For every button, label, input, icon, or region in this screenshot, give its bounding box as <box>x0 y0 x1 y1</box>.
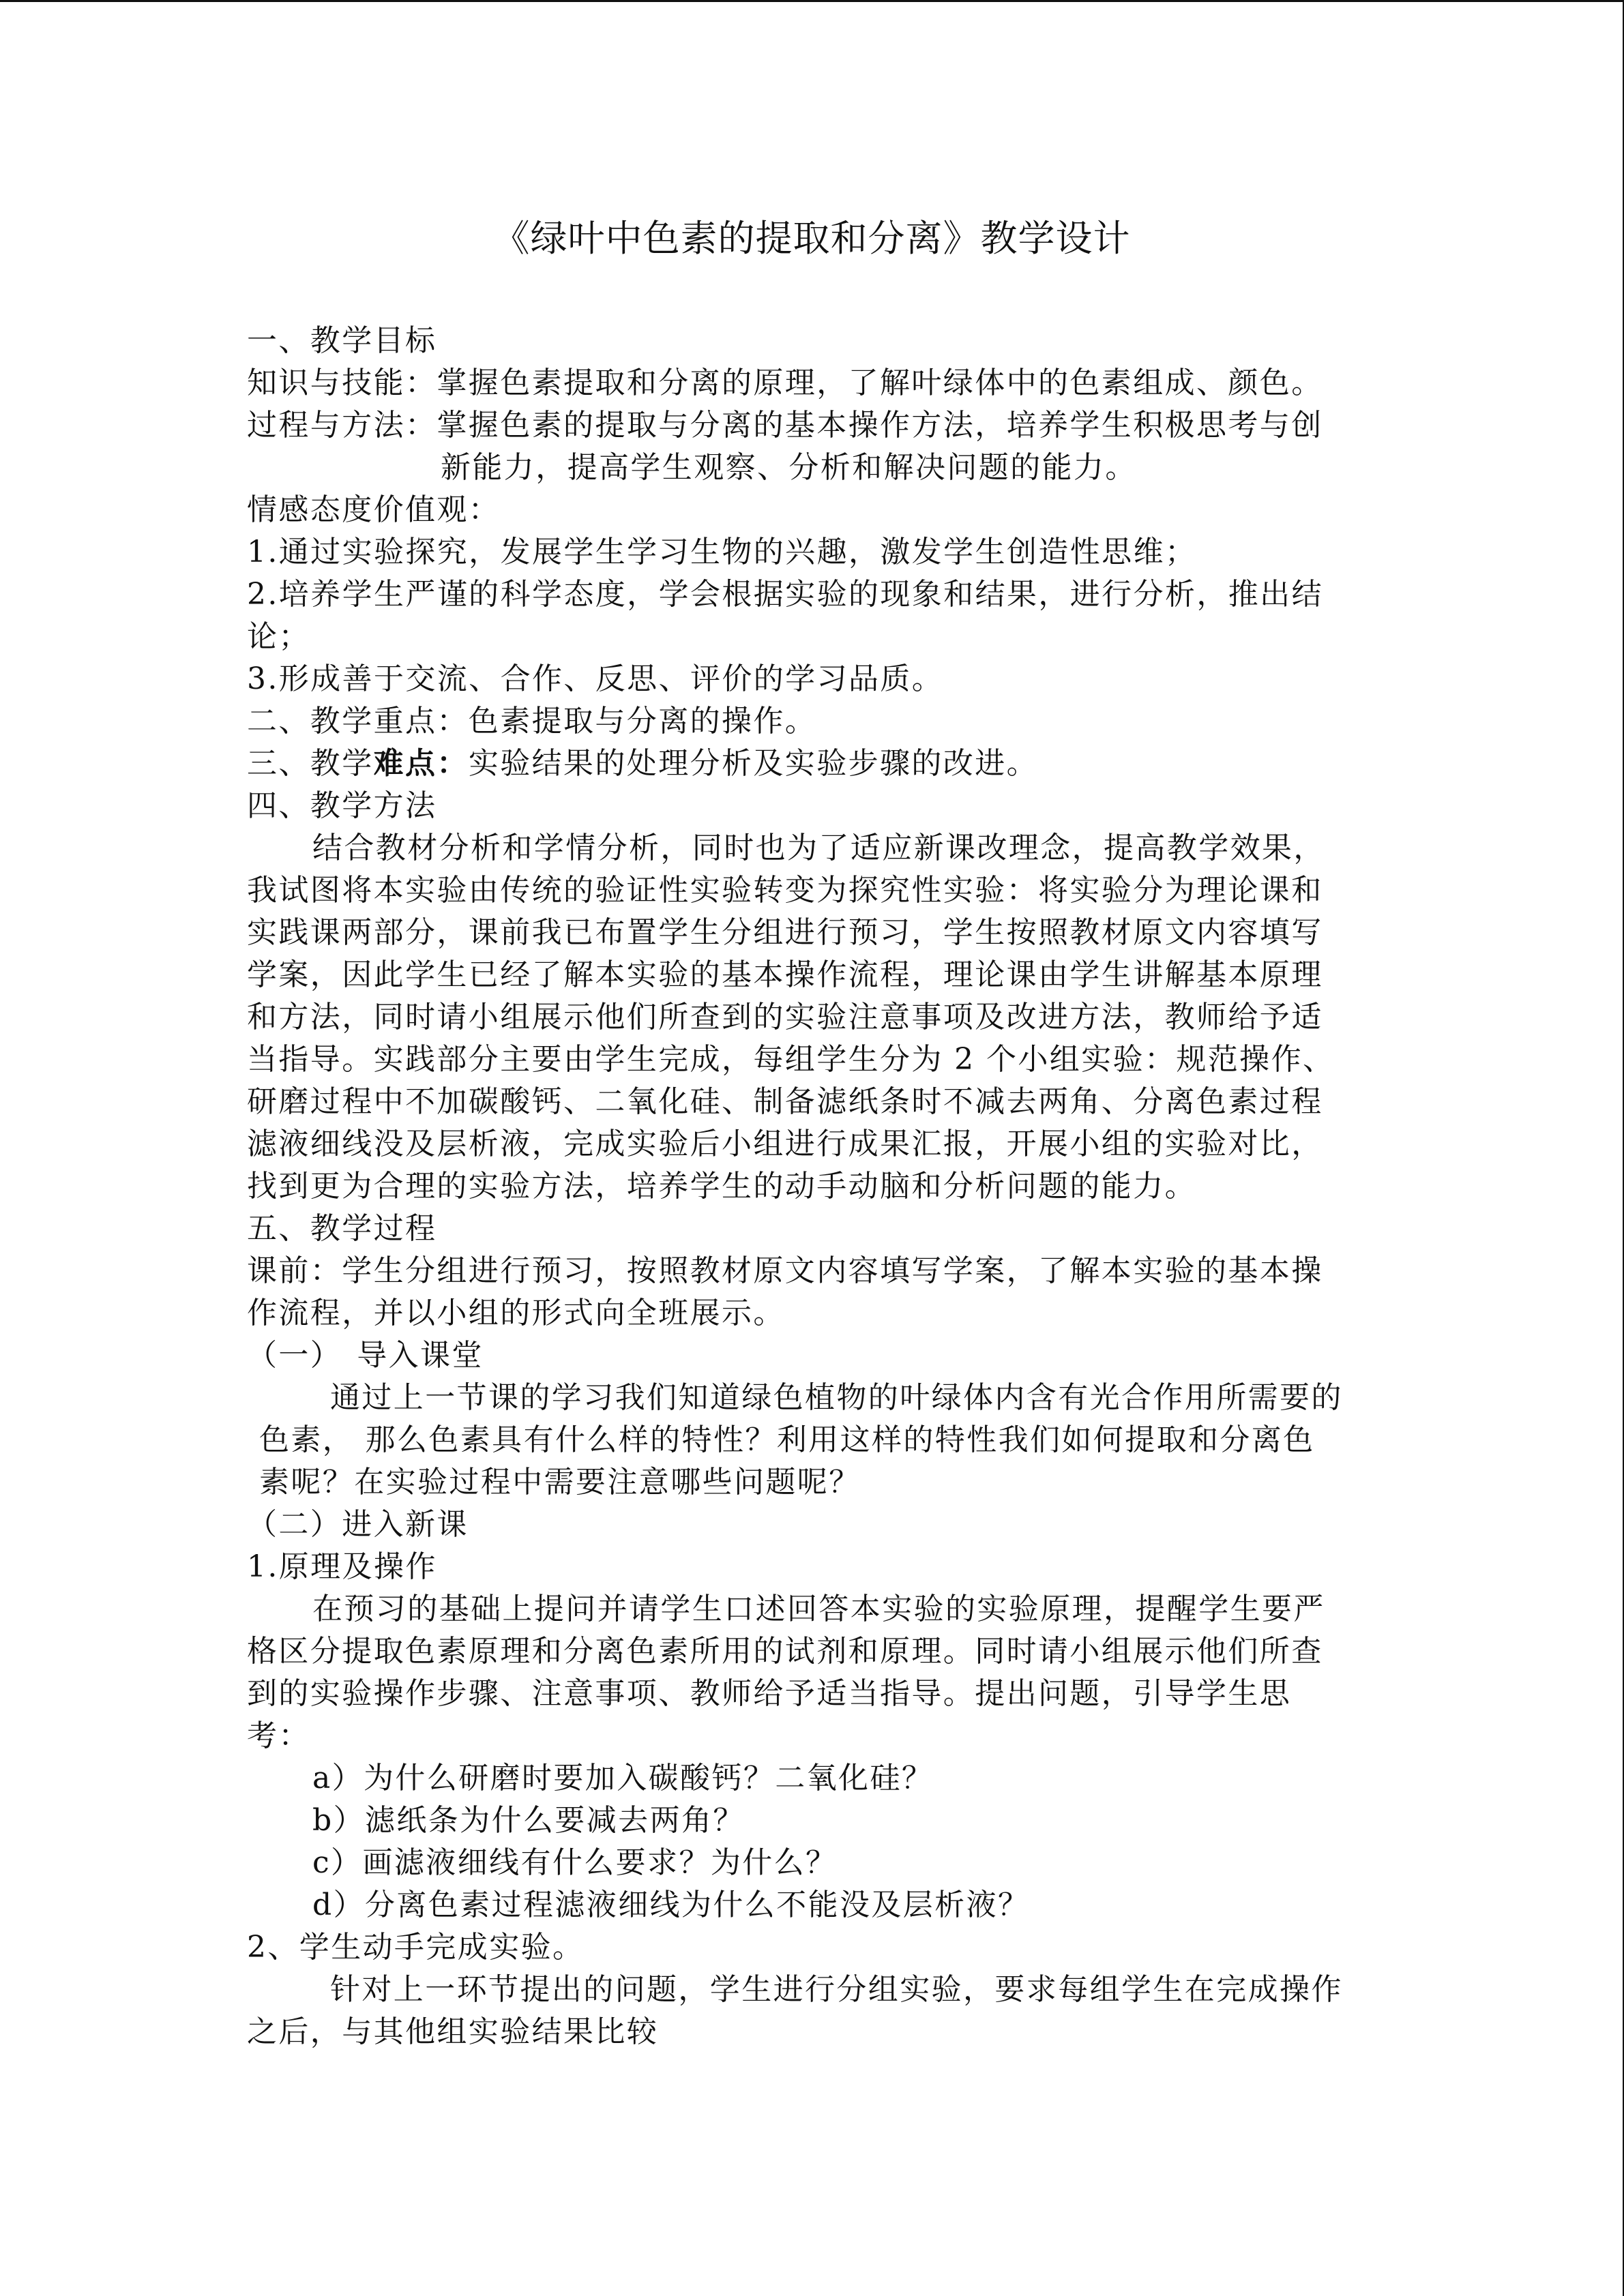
step1-heading: 1.原理及操作 <box>247 1546 1379 1588</box>
part1-heading: （一）导入课堂 <box>247 1335 1379 1377</box>
part2-heading: （二）进入新课 <box>247 1504 1379 1546</box>
step1-paragraph-line: 到的实验操作步骤、注意事项、教师给予适当指导。提出问题，引导学生思 <box>247 1673 1379 1715</box>
section-heading-methods: 四、教学方法 <box>247 785 1379 827</box>
step1-paragraph-line: 考： <box>247 1715 1379 1757</box>
objective-knowledge: 知识与技能：掌握色素提取和分离的原理，了解叶绿体中的色素组成、颜色。 <box>247 362 1379 404</box>
difficulties-bold-label: 难点： <box>374 746 469 781</box>
step1-paragraph-line: 格区分提取色素原理和分离色素所用的试剂和原理。同时请小组展示他们所查 <box>247 1630 1379 1673</box>
section-difficulties: 三、教学难点：实验结果的处理分析及实验步骤的改进。 <box>247 743 1379 785</box>
document-body: 一、教学目标 知识与技能：掌握色素提取和分离的原理，了解叶绿体中的色素组成、颜色… <box>247 320 1379 2053</box>
objective-attitude-label: 情感态度价值观： <box>247 489 1379 531</box>
page-top-border <box>0 0 1624 2</box>
pre-class-line: 作流程，并以小组的形式向全班展示。 <box>247 1292 1379 1335</box>
intro-paragraph-line: 通过上一节课的学习我们知道绿色植物的叶绿体内含有光合作用所需要的 <box>247 1377 1379 1419</box>
intro-paragraph-line: 素呢？在实验过程中需要注意哪些问题呢？ <box>247 1461 1379 1504</box>
question-item: a）为什么研磨时要加入碳酸钙？二氧化硅？ <box>247 1757 1379 1800</box>
question-item: b）滤纸条为什么要减去两角？ <box>247 1800 1379 1842</box>
difficulties-prefix: 三、教学 <box>247 746 374 781</box>
section-heading-process: 五、教学过程 <box>247 1208 1379 1250</box>
section-heading-objectives: 一、教学目标 <box>247 320 1379 362</box>
question-item: c）画滤液细线有什么要求？为什么？ <box>247 1842 1379 1884</box>
part1-title: 导入课堂 <box>357 1338 484 1373</box>
step2-heading: 2、学生动手完成实验。 <box>247 1926 1379 1969</box>
step2-paragraph-line: 之后，与其他组实验结果比较 <box>247 2011 1379 2053</box>
part1-label: （一） <box>247 1338 342 1373</box>
methods-paragraph-line: 学案，因此学生已经了解本实验的基本操作流程，理论课由学生讲解基本原理 <box>247 954 1379 996</box>
methods-paragraph-line: 我试图将本实验由传统的验证性实验转变为探究性实验：将实验分为理论课和 <box>247 869 1379 912</box>
methods-paragraph-line: 滤液细线没及层析液，完成实验后小组进行成果汇报，开展小组的实验对比， <box>247 1123 1379 1165</box>
attitude-item: 2.培养学生严谨的科学态度，学会根据实验的现象和结果，进行分析，推出结 <box>247 573 1379 616</box>
attitude-item: 1.通过实验探究，发展学生学习生物的兴趣，激发学生创造性思维； <box>247 531 1379 573</box>
attitude-item-continued: 论； <box>247 616 1379 658</box>
difficulties-text: 实验结果的处理分析及实验步骤的改进。 <box>469 746 1038 781</box>
step2-paragraph-line: 针对上一环节提出的问题，学生进行分组实验，要求每组学生在完成操作 <box>247 1969 1379 2011</box>
document-title: 《绿叶中色素的提取和分离》教学设计 <box>247 214 1376 263</box>
methods-paragraph-line: 和方法，同时请小组展示他们所查到的实验注意事项及改进方法，教师给予适 <box>247 996 1379 1039</box>
question-item: d）分离色素过程滤液细线为什么不能没及层析液？ <box>247 1884 1379 1926</box>
pre-class-line: 课前：学生分组进行预习，按照教材原文内容填写学案，了解本实验的基本操 <box>247 1250 1379 1292</box>
objective-process-line1: 过程与方法：掌握色素的提取与分离的基本操作方法，培养学生积极思考与创 <box>247 404 1379 447</box>
methods-paragraph-line: 实践课两部分，课前我已布置学生分组进行预习，学生按照教材原文内容填写 <box>247 912 1379 954</box>
step1-paragraph-line: 在预习的基础上提问并请学生口述回答本实验的实验原理，提醒学生要严 <box>247 1588 1379 1630</box>
methods-paragraph-line: 结合教材分析和学情分析，同时也为了适应新课改理念，提高教学效果， <box>247 827 1379 869</box>
methods-paragraph-line: 找到更为合理的实验方法，培养学生的动手动脑和分析问题的能力。 <box>247 1165 1379 1208</box>
objective-process-line2: 新能力，提高学生观察、分析和解决问题的能力。 <box>247 447 1379 489</box>
methods-paragraph-line: 研磨过程中不加碳酸钙、二氧化硅、制备滤纸条时不减去两角、分离色素过程 <box>247 1081 1379 1123</box>
section-key-points: 二、教学重点：色素提取与分离的操作。 <box>247 700 1379 743</box>
intro-paragraph-line: 色素， 那么色素具有什么样的特性？利用这样的特性我们如何提取和分离色 <box>247 1419 1379 1461</box>
methods-paragraph-line: 当指导。实践部分主要由学生完成，每组学生分为 2 个小组实验：规范操作、 <box>247 1039 1379 1081</box>
attitude-item: 3.形成善于交流、合作、反思、评价的学习品质。 <box>247 658 1379 700</box>
